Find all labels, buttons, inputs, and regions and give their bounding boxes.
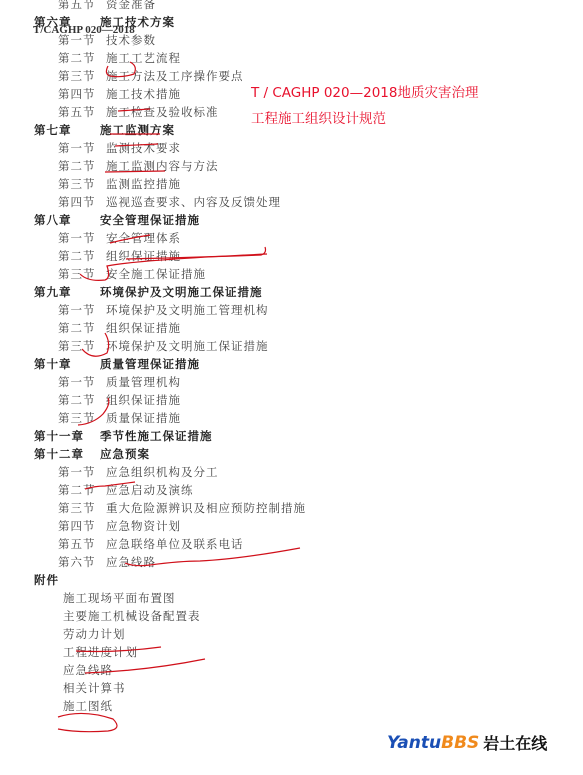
toc-title: 环境保护及文明施工保证措施 — [106, 339, 269, 353]
toc-title: 安全管理保证措施 — [100, 213, 200, 227]
toc-section: 第三节环境保护及文明施工保证措施 — [58, 339, 269, 353]
toc-number: 第三节 — [58, 339, 106, 353]
toc-chapter: 第十章质量管理保证措施 — [34, 357, 200, 371]
toc-chapter: 第十一章季节性施工保证措施 — [34, 429, 213, 443]
toc-number: 第一节 — [58, 375, 106, 389]
toc-number: 第二节 — [58, 51, 106, 65]
toc-number: 第十二章 — [34, 447, 100, 461]
toc-title: 环境保护及文明施工保证措施 — [100, 285, 263, 299]
toc-title: 季节性施工保证措施 — [100, 429, 213, 443]
toc-number: 第三节 — [58, 177, 106, 191]
toc-section: 第四节应急物资计划 — [58, 519, 181, 533]
toc-title: 应急组织机构及分工 — [106, 465, 219, 479]
toc-number: 第四节 — [58, 87, 106, 101]
toc-title: 技术参数 — [106, 33, 156, 47]
toc-chapter: 第八章安全管理保证措施 — [34, 213, 200, 227]
toc-number: 第三节 — [58, 501, 106, 515]
toc-title: 质量管理保证措施 — [100, 357, 200, 371]
toc-number: 第七章 — [34, 123, 100, 137]
toc-title: 监测技术要求 — [106, 141, 181, 155]
toc-title: 应急线路 — [106, 555, 156, 569]
toc-chapter: 第十二章应急预案 — [34, 447, 150, 461]
toc-section: 第一节质量管理机构 — [58, 375, 181, 389]
toc-number: 第八章 — [34, 213, 100, 227]
toc-title: 重大危险源辨识及相应预防控制措施 — [106, 501, 306, 515]
toc-section: 第三节监测监控措施 — [58, 177, 181, 191]
toc-number: 第二节 — [58, 159, 106, 173]
toc-section: 第二节应急启动及演练 — [58, 483, 194, 497]
toc-section: 第五节资金准备 — [58, 0, 156, 11]
appendix-item: 施工现场平面布置图 — [63, 591, 176, 605]
toc-number: 第五节 — [58, 105, 106, 119]
yantu-bbs-watermark: Yantu BBS 岩土在线 — [387, 731, 547, 754]
toc-section: 第一节环境保护及文明施工管理机构 — [58, 303, 269, 317]
toc-section: 第五节应急联络单位及联系电话 — [58, 537, 244, 551]
toc-title: 组织保证措施 — [106, 249, 181, 263]
toc-section: 第二节组织保证措施 — [58, 393, 181, 407]
toc-number: 第九章 — [34, 285, 100, 299]
toc-section: 第一节监测技术要求 — [58, 141, 181, 155]
toc-title: 环境保护及文明施工管理机构 — [106, 303, 269, 317]
toc-title: 组织保证措施 — [106, 321, 181, 335]
toc-number: 第四节 — [58, 195, 106, 209]
toc-number: 第一节 — [58, 465, 106, 479]
toc-section: 第二节施工监测内容与方法 — [58, 159, 219, 173]
appendix-item: 劳动力计划 — [63, 627, 126, 641]
overlay-title-line1: T / CAGHP 020—2018地质灾害治理 — [251, 80, 478, 106]
toc-title: 巡视巡查要求、内容及反馈处理 — [106, 195, 281, 209]
appendix-item: 主要施工机械设备配置表 — [63, 609, 201, 623]
toc-title: 施工监测方案 — [100, 123, 175, 137]
toc-title: 应急物资计划 — [106, 519, 181, 533]
toc-number: 第一节 — [58, 231, 106, 245]
toc-section: 第一节技术参数 — [58, 33, 156, 47]
overlay-title: T / CAGHP 020—2018地质灾害治理 工程施工组织设计规范 — [251, 80, 478, 132]
toc-title: 施工工艺流程 — [106, 51, 181, 65]
toc-number: 第四节 — [58, 519, 106, 533]
watermark-brand-yantu: Yantu — [387, 733, 441, 753]
watermark-brand-cn: 岩土在线 — [483, 731, 547, 754]
toc-section: 第四节施工技术措施 — [58, 87, 181, 101]
toc-title: 施工监测内容与方法 — [106, 159, 219, 173]
toc-title: 施工方法及工序操作要点 — [106, 69, 244, 83]
toc-title: 安全施工保证措施 — [106, 267, 206, 281]
toc-title: 施工检查及验收标准 — [106, 105, 219, 119]
toc-chapter: 第七章施工监测方案 — [34, 123, 175, 137]
toc-chapter: 第九章环境保护及文明施工保证措施 — [34, 285, 263, 299]
toc-title: 施工技术方案 — [100, 15, 175, 29]
toc-chapter: 第六章施工技术方案 — [34, 15, 175, 29]
toc-number: 第五节 — [58, 0, 106, 11]
toc-section: 第二节组织保证措施 — [58, 321, 181, 335]
toc-title: 质量保证措施 — [106, 411, 181, 425]
toc-title: 组织保证措施 — [106, 393, 181, 407]
appendix-item: 应急线路 — [63, 663, 113, 677]
toc-section: 第六节应急线路 — [58, 555, 156, 569]
toc-section: 第二节组织保证措施 — [58, 249, 181, 263]
toc-section: 第一节应急组织机构及分工 — [58, 465, 219, 479]
toc-title: 施工技术措施 — [106, 87, 181, 101]
appendix-item: 施工图纸 — [63, 699, 113, 713]
toc-title: 质量管理机构 — [106, 375, 181, 389]
toc-number: 第六节 — [58, 555, 106, 569]
toc-section: 第五节施工检查及验收标准 — [58, 105, 219, 119]
toc-section: 第三节施工方法及工序操作要点 — [58, 69, 244, 83]
appendix-item: 相关计算书 — [63, 681, 126, 695]
toc-number: 第五节 — [58, 537, 106, 551]
toc-section: 第三节安全施工保证措施 — [58, 267, 206, 281]
appendix-item: 工程进度计划 — [63, 645, 138, 659]
toc-title: 应急预案 — [100, 447, 150, 461]
toc-section: 第三节质量保证措施 — [58, 411, 181, 425]
toc-number: 第二节 — [58, 249, 106, 263]
watermark-brand-bbs: BBS — [441, 733, 479, 753]
toc-number: 第一节 — [58, 141, 106, 155]
toc-section: 第三节重大危险源辨识及相应预防控制措施 — [58, 501, 306, 515]
toc-number: 第三节 — [58, 69, 106, 83]
toc-number: 第一节 — [58, 33, 106, 47]
toc-number: 第六章 — [34, 15, 100, 29]
toc-title: 监测监控措施 — [106, 177, 181, 191]
toc-title: 应急启动及演练 — [106, 483, 194, 497]
toc-number: 第三节 — [58, 267, 106, 281]
toc-title: 安全管理体系 — [106, 231, 181, 245]
toc-number: 第二节 — [58, 321, 106, 335]
toc-number: 第三节 — [58, 411, 106, 425]
toc-number: 第十章 — [34, 357, 100, 371]
toc-title: 资金准备 — [106, 0, 156, 11]
toc-section: 第二节施工工艺流程 — [58, 51, 181, 65]
overlay-title-line2: 工程施工组织设计规范 — [251, 106, 478, 132]
toc-section: 第四节巡视巡查要求、内容及反馈处理 — [58, 195, 281, 209]
toc-number: 第二节 — [58, 483, 106, 497]
toc-number: 第十一章 — [34, 429, 100, 443]
toc-number: 第一节 — [58, 303, 106, 317]
toc-number: 第二节 — [58, 393, 106, 407]
toc-section: 第一节安全管理体系 — [58, 231, 181, 245]
toc-chapter: 附件 — [34, 573, 100, 587]
toc-number: 附件 — [34, 573, 100, 587]
toc-title: 应急联络单位及联系电话 — [106, 537, 244, 551]
